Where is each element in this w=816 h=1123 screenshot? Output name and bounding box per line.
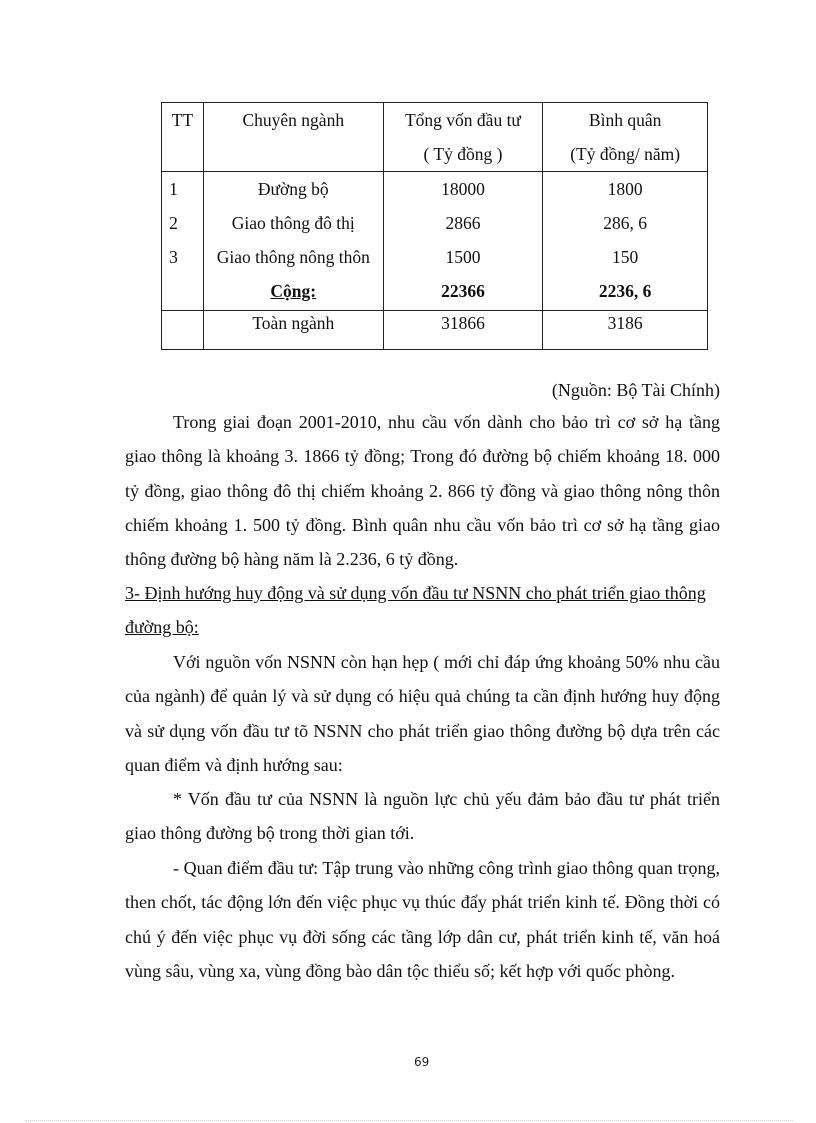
source-note: (Nguồn: Bộ Tài Chính) [552,373,720,407]
header-average-line2: (Tỷ đồng/ năm) [543,137,707,171]
cell-average: 150 [543,240,708,274]
header-total-line1: Tổng vốn đầu tư [384,103,543,137]
cell-overall-label: Toàn ngành [203,311,383,350]
cell-tt [162,274,204,311]
cell-average: 1800 [543,172,708,207]
overall-row: Toàn ngành 31866 3186 [162,311,708,350]
paragraph-limited-budget: Với nguồn vốn NSNN còn hạn hẹp ( mới chỉ… [125,645,720,782]
page-bottom-divider [25,1120,793,1121]
cell-tt [162,311,204,350]
document-page: TT Chuyên ngành Tổng vốn đầu tư ( Tỷ đồn… [0,0,816,1123]
cell-overall-average: 3186 [543,311,708,350]
table-row: 1 Đường bộ 18000 1800 [162,172,708,207]
cell-tt: 2 [162,206,204,240]
header-average: Bình quân (Tỷ đồng/ năm) [543,103,708,172]
cell-specialty: Giao thông đô thị [203,206,383,240]
investment-table: TT Chuyên ngành Tổng vốn đầu tư ( Tỷ đồn… [161,102,708,350]
cell-average: 286, 6 [543,206,708,240]
cell-subtotal-total: 22366 [383,274,543,311]
header-specialty: Chuyên ngành [203,103,383,172]
header-specialty-label: Chuyên ngành [204,103,383,137]
cell-specialty: Đường bộ [203,172,383,207]
header-total-investment: Tổng vốn đầu tư ( Tỷ đồng ) [383,103,543,172]
cell-overall-total: 31866 [383,311,543,350]
table-row: 3 Giao thông nông thôn 1500 150 [162,240,708,274]
header-tt-label: TT [162,103,203,137]
cell-specialty: Giao thông nông thôn [203,240,383,274]
table-row: 2 Giao thông đô thị 2866 286, 6 [162,206,708,240]
cell-tt: 1 [162,172,204,207]
page-number: 69 [414,1055,429,1069]
cell-subtotal-average: 2236, 6 [543,274,708,311]
table-header-row: TT Chuyên ngành Tổng vốn đầu tư ( Tỷ đồn… [162,103,708,172]
cell-total: 2866 [383,206,543,240]
header-average-line1: Bình quân [543,103,707,137]
paragraph-main-resource: * Vốn đầu tư của NSNN là nguồn lực chủ y… [125,782,720,851]
section-heading: 3- Định hướng huy động và sử dụng vốn đầ… [125,576,720,645]
paragraph-maintenance-needs: Trong giai đoạn 2001-2010, nhu cầu vốn d… [125,405,720,576]
header-tt: TT [162,103,204,172]
paragraph-investment-viewpoint: - Quan điểm đầu tư: Tập trung vào những … [125,851,720,988]
cell-total: 1500 [383,240,543,274]
header-total-line2: ( Tỷ đồng ) [384,137,543,171]
subtotal-row: Cộng: 22366 2236, 6 [162,274,708,311]
cell-tt: 3 [162,240,204,274]
cell-subtotal-label: Cộng: [203,274,383,311]
cell-total: 18000 [383,172,543,207]
